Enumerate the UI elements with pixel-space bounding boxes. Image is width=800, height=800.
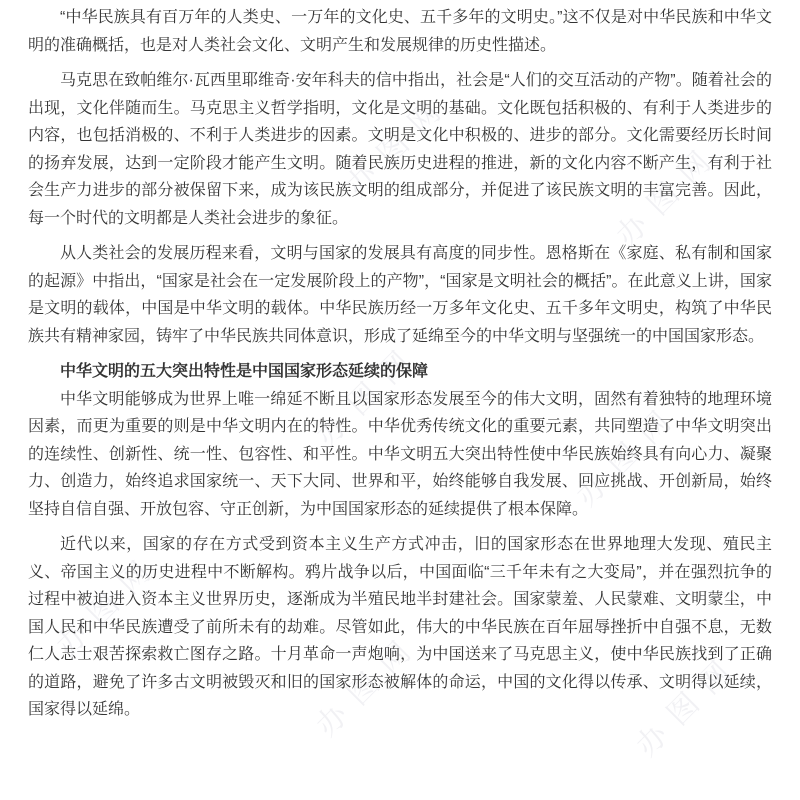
paragraph-engels-state: 从人类社会的发展历程来看，文明与国家的发展具有高度的同步性。恩格斯在《家庭、私有… — [28, 240, 772, 350]
paragraph-five-traits: 中华文明能够成为世界上唯一绵延不断且以国家形态发展至今的伟大文明，固然有着独特的… — [28, 386, 772, 524]
paragraph-intro-quote: “中华民族具有百万年的人类史、一万年的文化史、五千多年的文明史。”这不仅是对中华… — [28, 4, 772, 59]
paragraph-marx-culture: 马克思在致帕维尔·瓦西里耶维奇·安年科夫的信中指出，社会是“人们的交互活动的产物… — [28, 67, 772, 232]
paragraph-modern-history: 近代以来，国家的存在方式受到资本主义生产方式冲击，旧的国家形态在世界地理大发现、… — [28, 531, 772, 724]
document-body: “中华民族具有百万年的人类史、一万年的文化史、五千多年的文明史。”这不仅是对中华… — [28, 4, 772, 732]
section-heading-five-traits: 中华文明的五大突出特性是中国国家形态延续的保障 — [28, 358, 772, 386]
